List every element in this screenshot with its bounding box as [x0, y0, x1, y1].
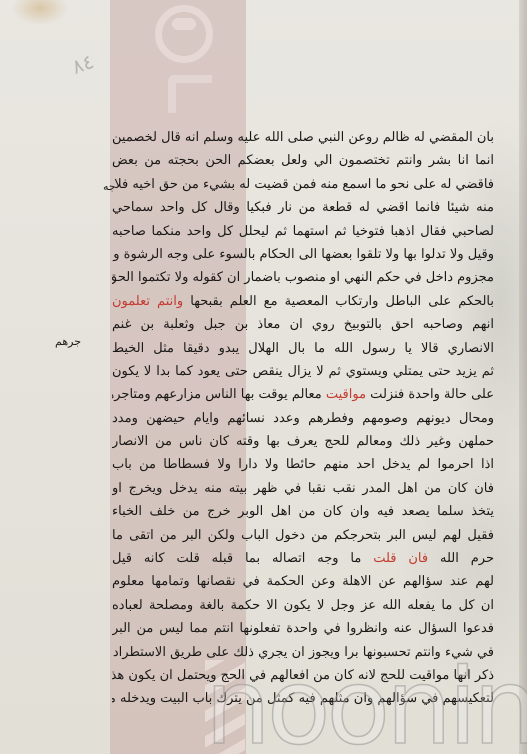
- manuscript-line: حملهن وغير ذلك ومعالم للحج يعرف بها وقته…: [112, 430, 494, 453]
- manuscript-line: انما انا بشر وانتم تختصمون الي ولعل بعضك…: [112, 149, 494, 172]
- line-text: انما انا بشر وانتم تختصمون الي ولعل بعضك…: [112, 153, 494, 168]
- line-text: وقيل ولا تدلوا بها ولا تلقوا بعضها الى ا…: [112, 247, 494, 262]
- line-text: فاقضي له على نحو ما اسمع منه فمن قضيت له…: [112, 177, 494, 192]
- watermark-logo-dot: [172, 18, 196, 30]
- line-text: ما وجه اتصاله بما قبله قلت كانه قيل: [112, 551, 373, 566]
- line-text: ثم يزيد حتى يمتلي ويستوي ثم لا يزال ينقص…: [112, 364, 494, 379]
- line-text: معالم يوقت بها الناس مزارعهم ومتاجرهم: [112, 387, 326, 402]
- line-text: بالحكم على الباطل وارتكاب المعصية مع الع…: [183, 294, 494, 309]
- line-text: اذا احرموا لم يدخل احد منهم حائطا ولا دا…: [112, 457, 494, 472]
- manuscript-line: ثم يزيد حتى يمتلي ويستوي ثم لا يزال ينقص…: [112, 360, 494, 383]
- line-text: مجزوم داخل في حكم النهي او منصوب باضمار …: [112, 270, 494, 285]
- rubric-text: وانتم تعلمون: [112, 294, 183, 309]
- line-text: انهم وصاحبه احق بالتوبيخ روي ان معاذ بن …: [112, 317, 494, 332]
- manuscript-line: يتخذ سلما يصعد فيه وان كان من اهل الوبر …: [112, 500, 494, 523]
- manuscript-line: فقيل لهم ليس البر بتحرجكم من دخول الباب …: [112, 524, 494, 547]
- manuscript-line: فاقضي له على نحو ما اسمع منه فمن قضيت له…: [112, 173, 494, 196]
- page-edge: [519, 0, 527, 754]
- manuscript-line: فدعوا السؤال عنه وانظروا في واحدة تفعلون…: [112, 617, 494, 640]
- rubric-text: مواقيت: [326, 387, 366, 402]
- manuscript-line: لصاحبي فقال اذهبا فتوخيا ثم استهما ثم لي…: [112, 220, 494, 243]
- watermark-logo-icon: [155, 5, 213, 63]
- manuscript-line: وقيل ولا تدلوا بها ولا تلقوا بعضها الى ا…: [112, 243, 494, 266]
- line-text: لصاحبي فقال اذهبا فتوخيا ثم استهما ثم لي…: [112, 224, 494, 239]
- manuscript-line: حرم الله فان قلت ما وجه اتصاله بما قبله …: [112, 547, 494, 570]
- margin-note-2: جرهم: [55, 335, 81, 348]
- line-text: فقيل لهم ليس البر بتحرجكم من دخول الباب …: [112, 528, 494, 543]
- line-text: منه شيئا فانما اقضي له قطعة من نار فبكيا…: [112, 200, 494, 215]
- line-text: لهم عند سؤالهم عن الاهلة وعن الحكمة في ن…: [112, 574, 494, 589]
- line-text: ان كل ما يفعله الله عز وجل لا يكون الا ح…: [112, 598, 494, 613]
- line-text: بان المقضي له ظالم روعن النبي صلى الله ع…: [112, 130, 494, 145]
- manuscript-line: منه شيئا فانما اقضي له قطعة من نار فبكيا…: [112, 196, 494, 219]
- line-text: فان كان من اهل المدر نقب نقبا في ظهر بيت…: [112, 481, 494, 496]
- manuscript-line: انهم وصاحبه احق بالتوبيخ روي ان معاذ بن …: [112, 313, 494, 336]
- manuscript-line: مجزوم داخل في حكم النهي او منصوب باضمار …: [112, 266, 494, 289]
- manuscript-line: اذا احرموا لم يدخل احد منهم حائطا ولا دا…: [112, 453, 494, 476]
- noonin-watermark: noonin: [205, 660, 527, 754]
- manuscript-line: بان المقضي له ظالم روعن النبي صلى الله ع…: [112, 126, 494, 149]
- folio-number: ٨٤: [69, 49, 97, 79]
- manuscript-line: ان كل ما يفعله الله عز وجل لا يكون الا ح…: [112, 594, 494, 617]
- line-text: يتخذ سلما يصعد فيه وان كان من اهل الوبر …: [112, 504, 494, 519]
- manuscript-line: على حالة واحدة فنزلت مواقيت معالم يوقت ب…: [112, 383, 494, 406]
- manuscript-line: لهم عند سؤالهم عن الاهلة وعن الحكمة في ن…: [112, 570, 494, 593]
- manuscript-page: ٨٤ جه جرهم بان المقضي له ظالم روعن النبي…: [0, 0, 527, 754]
- line-text: ومحال ديونهم وصومهم وفطرهم وعدد نسائهم و…: [112, 411, 494, 426]
- line-text: حملهن وغير ذلك ومعالم للحج يعرف بها وقته…: [112, 434, 494, 449]
- line-text: الانصاري قالا يا رسول الله ما بال الهلال…: [112, 341, 494, 356]
- manuscript-text-block: بان المقضي له ظالم روعن النبي صلى الله ع…: [112, 126, 494, 711]
- line-text: على حالة واحدة فنزلت: [366, 387, 494, 402]
- line-text: حرم الله: [428, 551, 494, 566]
- watermark-logo-s-icon: [168, 75, 212, 113]
- manuscript-line: بالحكم على الباطل وارتكاب المعصية مع الع…: [112, 290, 494, 313]
- line-text: فدعوا السؤال عنه وانظروا في واحدة تفعلون…: [112, 621, 494, 636]
- manuscript-line: فان كان من اهل المدر نقب نقبا في ظهر بيت…: [112, 477, 494, 500]
- manuscript-line: ومحال ديونهم وصومهم وفطرهم وعدد نسائهم و…: [112, 407, 494, 430]
- rubric-text: فان قلت: [373, 551, 428, 566]
- manuscript-line: الانصاري قالا يا رسول الله ما بال الهلال…: [112, 337, 494, 360]
